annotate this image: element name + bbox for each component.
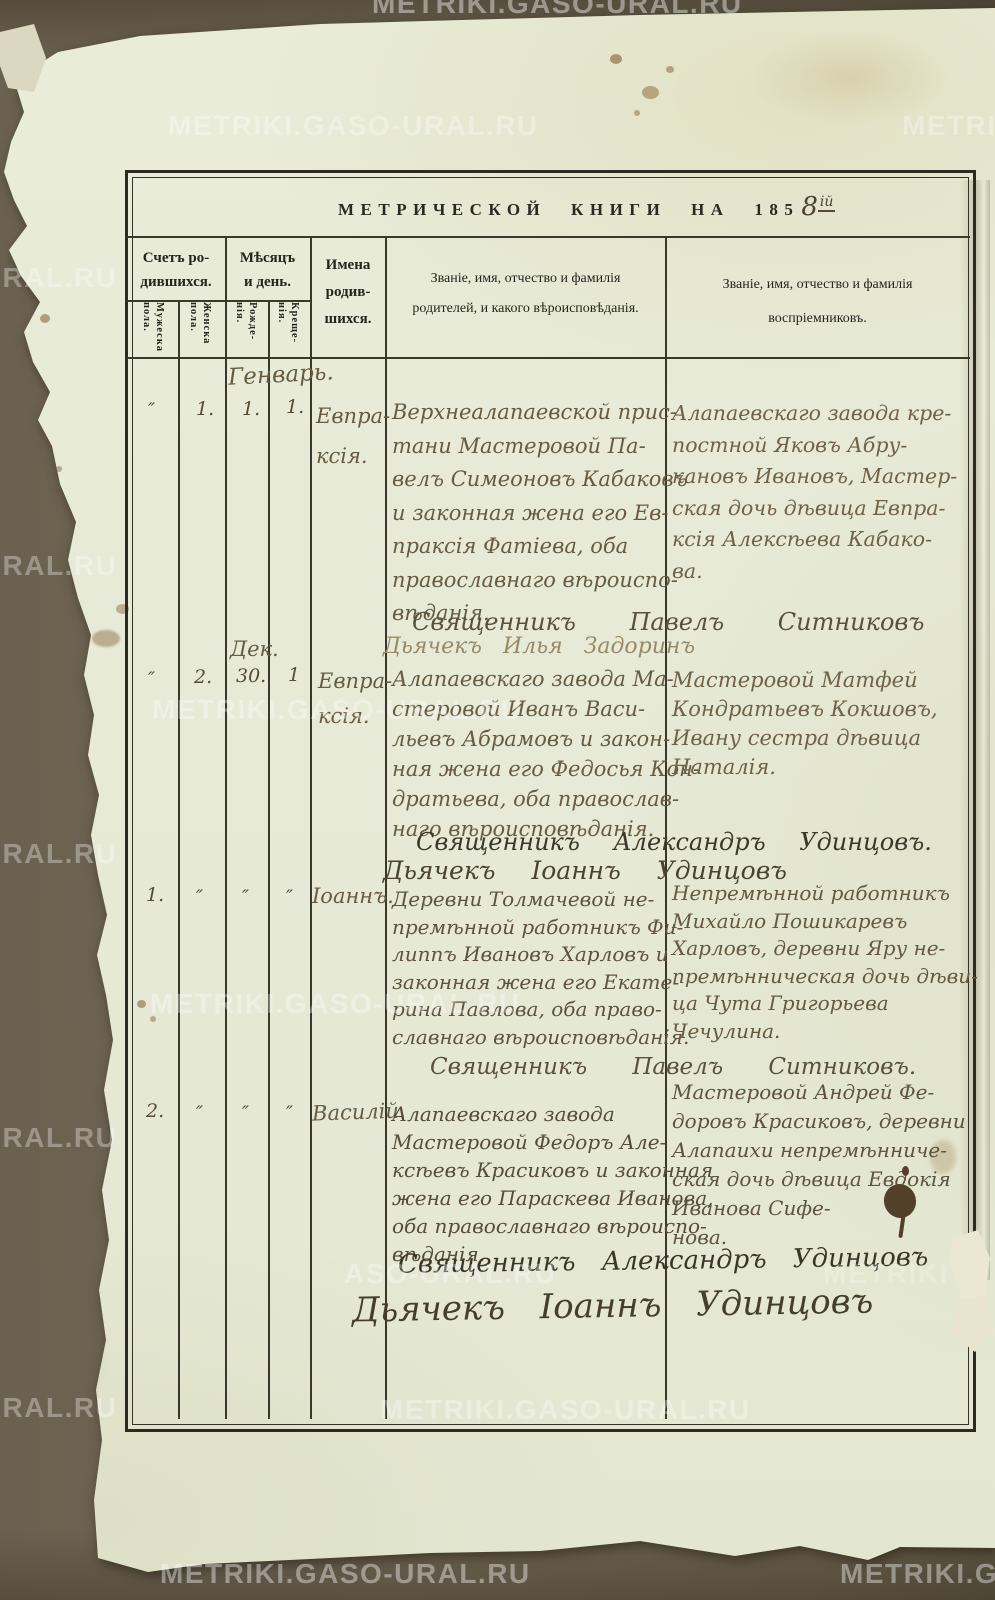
month-label-december: Дек. xyxy=(230,637,279,661)
entry2-birth-day: 30. xyxy=(236,665,266,687)
column-header-female: Женска пола. xyxy=(187,302,213,358)
entry3-count-female: ″ xyxy=(196,886,203,908)
title-year-suffix: ій xyxy=(818,194,836,212)
column-header-names: Имена родив- шихся. xyxy=(312,252,384,333)
entry1-name: Евпра- ксія. xyxy=(316,396,390,476)
entry2-parents-text: Алапаевскаго завода Ма- стеровой Иванъ В… xyxy=(392,664,700,844)
entry1-count-female: 1. xyxy=(196,398,214,420)
watermark-text: METRIKI.GASO-URAL.RU xyxy=(380,1394,751,1426)
title-printed-text: МЕТРИЧЕСКОЙ КНИГИ НА 185 xyxy=(338,200,799,219)
entry1-count-male: ″ xyxy=(148,399,155,421)
title-year-handwritten: 8 xyxy=(801,192,818,222)
watermark-text: -URAL.RU xyxy=(0,550,117,582)
ink-blot-dot xyxy=(902,1166,909,1176)
entry3-priest-signature: Священникъ Павелъ Ситниковъ. xyxy=(430,1054,916,1080)
watermark-text: -URAL.RU xyxy=(0,262,117,294)
archival-scan: МЕТРИЧЕСКОЙ КНИГИ НА 1858ій Счетъ ро- ди… xyxy=(0,0,995,1600)
watermark-text: METRIKI.GASO-URAL.RU xyxy=(168,110,539,142)
entry3-parents-text: Деревни Толмачевой не- премѣнной работни… xyxy=(392,886,689,1051)
entry2-baptism-day: 1 xyxy=(288,664,300,686)
watermark-text: METRIKI xyxy=(902,110,995,142)
entry2-priest-signature: Священникъ Александръ Удинцовъ. xyxy=(416,828,932,856)
column-header-birth: Рожде- нія. xyxy=(233,302,259,358)
divider-birth-baptism xyxy=(268,300,270,1419)
column-header-count-group: Счетъ ро- дившихся. xyxy=(128,246,224,294)
entry3-name: Іоаннъ. xyxy=(312,884,394,908)
entry1-birth-day: 1. xyxy=(242,398,260,420)
entry3-birth-day: ″ xyxy=(242,886,249,908)
entry4-birth-day: ″ xyxy=(242,1102,249,1124)
entry2-godparents-text: Мастеровой Матфей Кондратьевъ Кокшовъ, И… xyxy=(672,666,938,782)
entry4-godparents-text: Мастеровой Андрей Фе- доровъ Красиковъ, … xyxy=(672,1078,966,1252)
entry3-count-male: 1. xyxy=(146,884,164,906)
entry3-godparents-text: Непремѣнной работникъ Михайло Пошикаревъ… xyxy=(672,880,978,1045)
entry1-godparents-text: Алапаевскаго завода кре- постной Яковъ А… xyxy=(672,398,957,587)
column-header-godparents: Званіе, имя, отчество и фамилія воспріем… xyxy=(670,268,965,336)
entry1-clerk-signature: Дьячекъ Илья Задоринъ xyxy=(383,634,695,659)
divider-date-names xyxy=(310,236,312,1419)
watermark-text: -URAL.RU xyxy=(0,1392,117,1424)
entry4-count-female: ″ xyxy=(196,1102,203,1124)
column-header-parents: Званіе, имя, отчество и фамилія родителе… xyxy=(388,264,663,324)
column-header-date-group: Мѣсяцъ и день. xyxy=(226,246,309,294)
watermark-text: -URAL.RU xyxy=(0,838,117,870)
entry1-priest-signature: Священникъ Павелъ Ситниковъ xyxy=(412,608,924,636)
entry4-baptism-day: ″ xyxy=(286,1102,293,1124)
column-header-baptism: Креще- нія. xyxy=(275,302,301,358)
watermark-text: METRIKI.GASO-URAL.RU xyxy=(372,0,743,20)
header-top-rule xyxy=(127,236,970,238)
entry4-count-male: 2. xyxy=(146,1100,164,1122)
watermark-text: -URAL.RU xyxy=(0,1122,117,1154)
month-label-january: Генварь. xyxy=(227,359,334,390)
entry3-baptism-day: ″ xyxy=(286,886,293,908)
column-header-male: Мужеска пола. xyxy=(140,302,166,358)
watermark-text: ASO-URAL.RU xyxy=(344,1258,557,1290)
page-paper-wrap: МЕТРИЧЕСКОЙ КНИГИ НА 1858ій Счетъ ро- ди… xyxy=(0,0,995,1600)
watermark-text: METRIKI.GASO-URAL.RU xyxy=(150,988,521,1020)
entry4-parents-text: Алапаевскаго завода Мастеровой Федоръ Ал… xyxy=(392,1100,714,1268)
watermark-text: METRIKI xyxy=(823,1258,949,1290)
entry1-baptism-day: 1. xyxy=(286,396,304,418)
watermark-text: METRIKI.GASO-URAL.RU xyxy=(152,694,523,726)
entry2-count-male: ″ xyxy=(148,668,155,690)
divider-male-female xyxy=(178,300,180,1419)
divider-count-date xyxy=(225,236,227,1419)
page-paper: МЕТРИЧЕСКОЙ КНИГИ НА 1858ій Счетъ ро- ди… xyxy=(0,0,995,1600)
entry1-parents-text: Верхнеалапаевской прис- тани Мастеровой … xyxy=(392,396,688,631)
page-title: МЕТРИЧЕСКОЙ КНИГИ НА 1858ій xyxy=(338,192,835,222)
watermark-text: METRIKI.G xyxy=(840,1558,995,1590)
entry2-count-female: 2. xyxy=(194,666,212,688)
watermark-text: METRIKI.GASO-URAL.RU xyxy=(160,1558,531,1590)
